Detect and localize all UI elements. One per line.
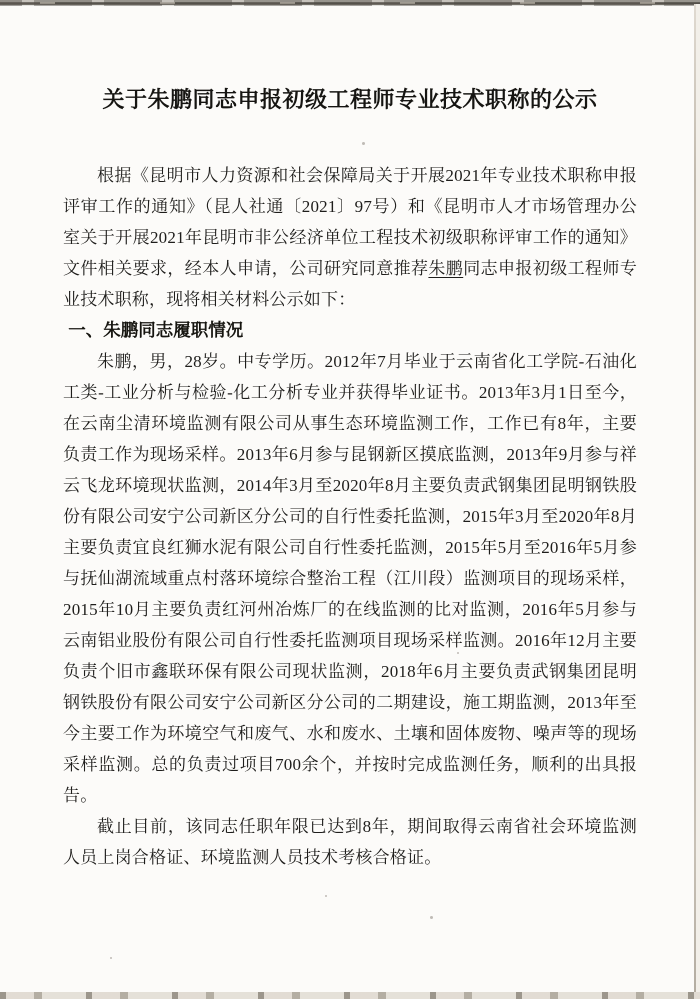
section-heading-performance: 一、朱鹏同志履职情况 <box>63 315 637 346</box>
scan-speckle <box>325 895 327 897</box>
document-body: 关于朱鹏同志申报初级工程师专业技术职称的公示 根据《昆明市人力资源和社会保障局关… <box>63 84 637 873</box>
paragraph-intro: 根据《昆明市人力资源和社会保障局关于开展2021年专业技术职称申报评审工作的通知… <box>63 160 637 315</box>
scan-edge-right-margin <box>696 4 700 995</box>
scan-edge-top-line <box>0 2 700 4</box>
scan-edge-bottom <box>0 992 700 999</box>
document-title: 关于朱鹏同志申报初级工程师专业技术职称的公示 <box>63 84 637 116</box>
applicant-name-underlined: 朱鹏 <box>428 259 463 278</box>
paragraph-tenure-certificates: 截止目前，该同志任职年限已达到8年，期间取得云南省社会环境监测人员上岗合格证、环… <box>63 811 637 873</box>
scanned-document-page: 关于朱鹏同志申报初级工程师专业技术职称的公示 根据《昆明市人力资源和社会保障局关… <box>0 0 700 999</box>
scan-speckle <box>110 957 112 959</box>
paragraph-duty-history: 朱鹏，男，28岁。中专学历。2012年7月毕业于云南省化工学院-石油化工类-工业… <box>63 346 637 811</box>
scan-edge-right-line <box>694 4 696 995</box>
scan-speckle <box>430 916 433 919</box>
